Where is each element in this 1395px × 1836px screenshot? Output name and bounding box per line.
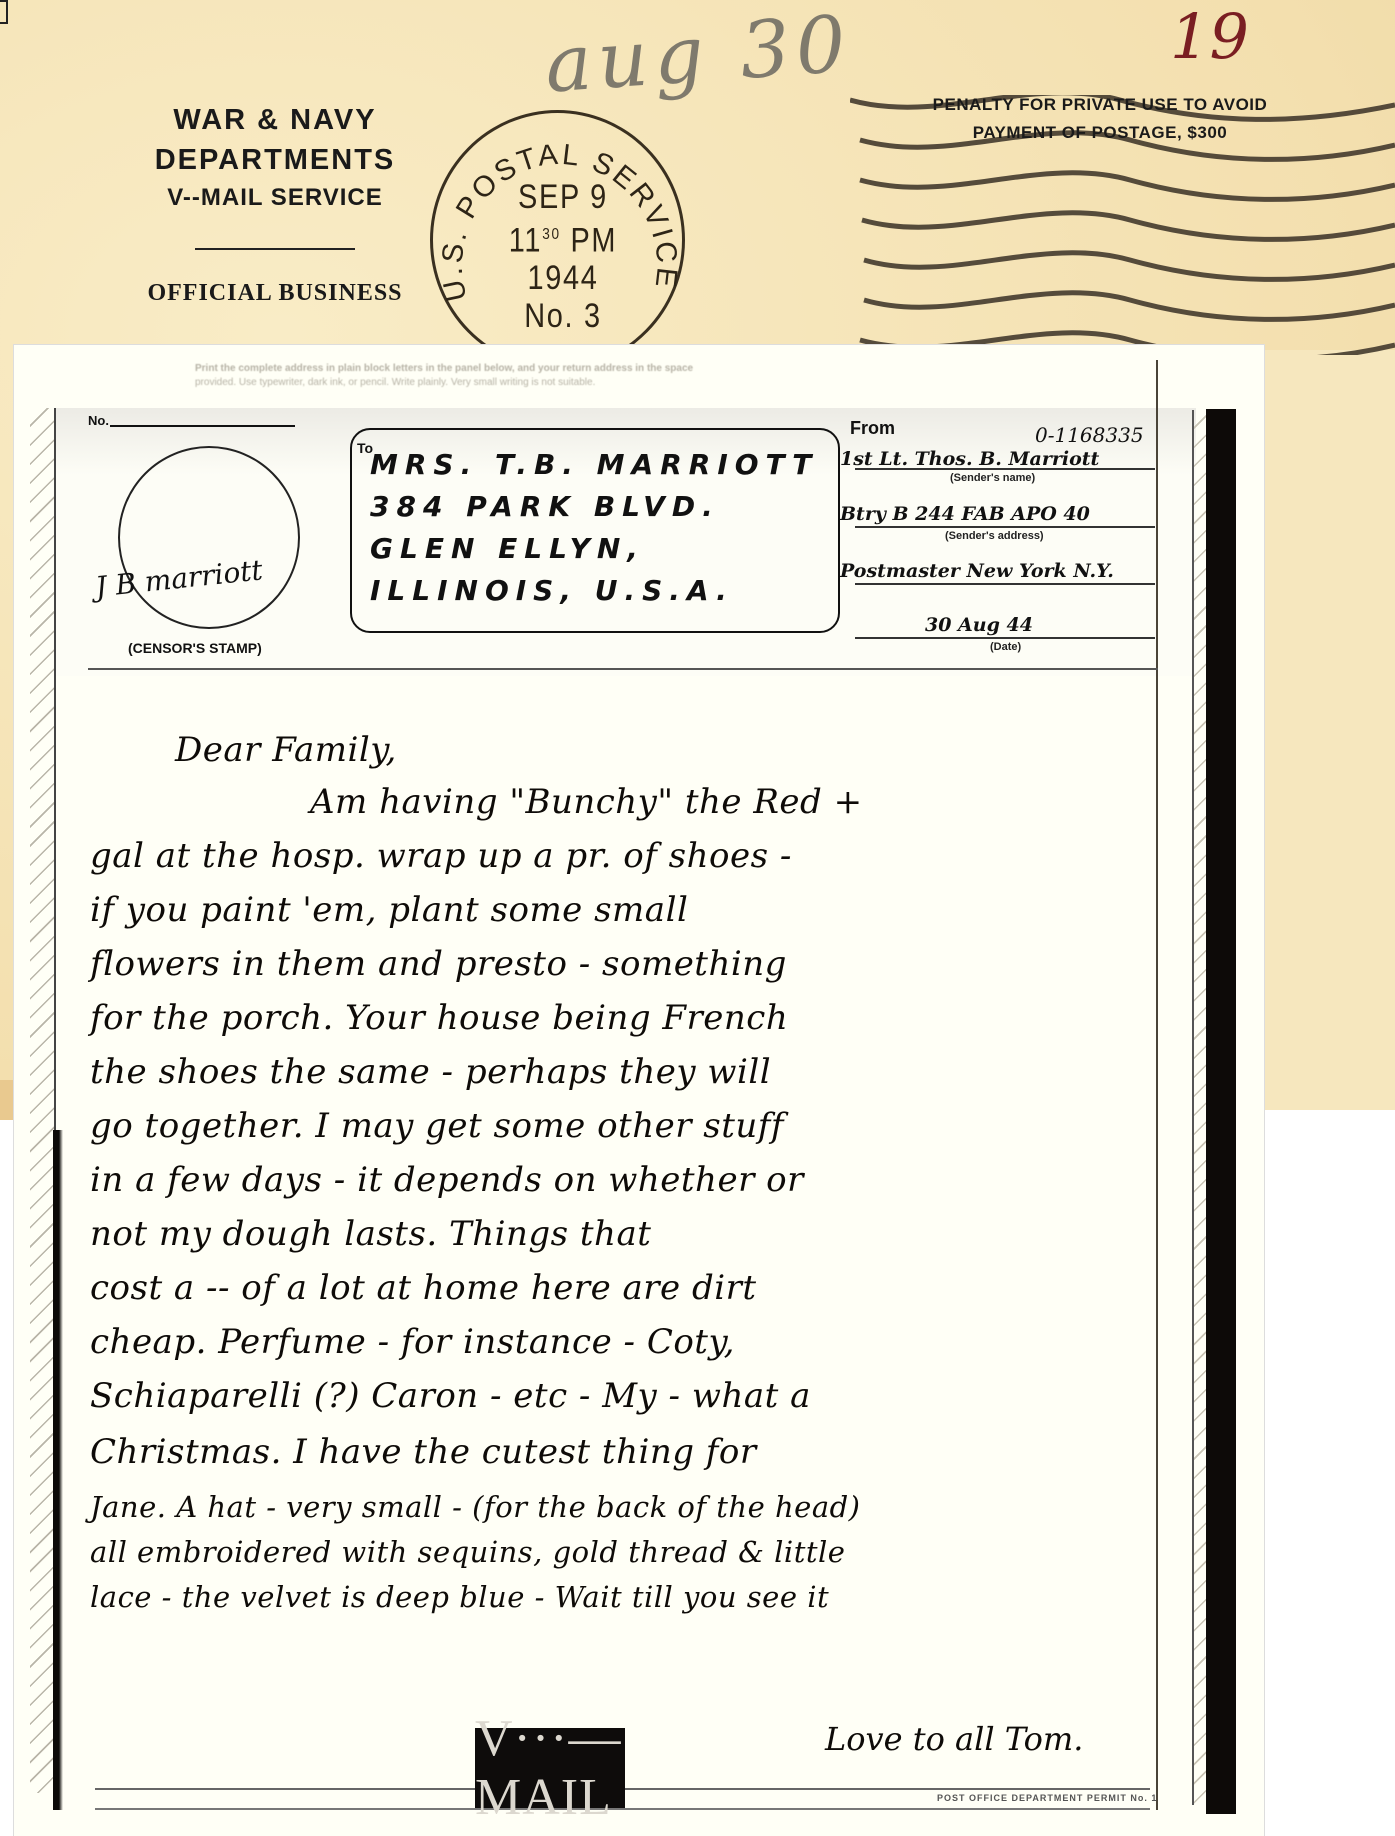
sender-name-caption: (Sender's name) xyxy=(950,472,1035,484)
censor-stamp-circle xyxy=(118,446,300,629)
recipient-street: 384 PARK BLVD. xyxy=(370,490,720,523)
letter-line: lace - the velvet is deep blue - Wait ti… xyxy=(90,1580,829,1614)
letter-line: Am having "Bunchy" the Red + xyxy=(310,782,863,822)
post-office-permit: POST OFFICE DEPARTMENT PERMIT No. 1 xyxy=(937,1793,1157,1803)
recipient-city: GLEN ELLYN, xyxy=(370,532,645,565)
penalty-notice: PENALTY FOR PRIVATE USE TO AVOID PAYMENT… xyxy=(840,95,1360,143)
sender-address2-rule xyxy=(855,583,1155,585)
censor-stamp-label: (CENSOR'S STAMP) xyxy=(128,640,262,656)
sender-name-rule xyxy=(855,468,1155,470)
penalty-line-1: PENALTY FOR PRIVATE USE TO AVOID xyxy=(840,95,1360,115)
postmark-time: 1130 PM xyxy=(499,216,627,259)
envelope-right-edge xyxy=(1260,350,1395,1110)
letter-line: Jane. A hat - very small - (for the back… xyxy=(90,1490,861,1524)
recipient-name: MRS. T.B. MARRIOTT xyxy=(370,448,818,481)
vmail-logo-badge: V···—MAIL xyxy=(475,1728,625,1808)
postmark-stamp: U.S. POSTAL SERVICE SEP 9 1130 PM 1944 N… xyxy=(430,110,685,370)
letter-line: gal at the hosp. wrap up a pr. of shoes … xyxy=(90,836,792,876)
return-address-block: WAR & NAVY DEPARTMENTS V--MAIL SERVICE O… xyxy=(110,100,440,307)
red-ink-number: 19 xyxy=(1170,0,1249,73)
divider-rule xyxy=(195,248,355,250)
sender-address-caption: (Sender's address) xyxy=(945,530,1044,542)
postmark-date: SEP 9 xyxy=(499,178,627,216)
letter-line: Schiaparelli (?) Caron - etc - My - what… xyxy=(90,1376,811,1416)
letter-line: flowers in them and presto - something xyxy=(90,944,787,984)
sender-address-line2: Postmaster New York N.Y. xyxy=(840,560,1114,582)
letter-salutation: Dear Family, xyxy=(175,730,397,770)
date-caption: (Date) xyxy=(990,641,1021,653)
left-dark-edge xyxy=(53,1130,63,1810)
sender-address: Btry B 244 FAB APO 40 xyxy=(840,503,1090,525)
postmark-station: No. 3 xyxy=(499,297,627,335)
letter-line: the shoes the same - perhaps they will xyxy=(90,1052,771,1092)
letter-line: in a few days - it depends on whether or xyxy=(90,1160,804,1200)
form-instructions: Print the complete address in plain bloc… xyxy=(100,362,800,390)
letter-signoff: Love to all Tom. xyxy=(825,1720,1083,1758)
letter-line: for the porch. Your house being French xyxy=(90,998,788,1038)
penalty-line-2: PAYMENT OF POSTAGE, $300 xyxy=(840,123,1360,143)
sender-address-rule xyxy=(855,526,1155,528)
right-black-bar xyxy=(1206,409,1236,1814)
postmark-year: 1944 xyxy=(499,259,627,297)
return-line-official-business: OFFICIAL BUSINESS xyxy=(110,280,440,307)
letter-line: if you paint 'em, plant some small xyxy=(90,890,688,930)
sender-serial-number: 0-1168335 xyxy=(1035,423,1144,447)
letter-line: Christmas. I have the cutest thing for xyxy=(90,1432,757,1472)
letter-line: go together. I may get some other stuff xyxy=(90,1106,784,1146)
letter-date: 30 Aug 44 xyxy=(925,614,1033,636)
date-rule xyxy=(855,637,1155,639)
letter-line: not my dough lasts. Things that xyxy=(90,1214,651,1254)
letter-line: cost a -- of a lot at home here are dirt xyxy=(90,1268,757,1308)
return-line-departments: DEPARTMENTS xyxy=(110,140,440,180)
number-label: No. xyxy=(88,413,109,428)
recipient-state-country: ILLINOIS, U.S.A. xyxy=(370,574,734,607)
return-line-vmail-service: V--MAIL SERVICE xyxy=(110,184,440,212)
header-bottom-rule xyxy=(88,668,1158,670)
corner-mark xyxy=(0,0,8,24)
sender-name: 1st Lt. Thos. B. Marriott xyxy=(840,448,1099,470)
return-line-war-navy: WAR & NAVY xyxy=(110,100,440,140)
right-margin-line xyxy=(1156,360,1158,1810)
letter-line: cheap. Perfume - for instance - Coty, xyxy=(90,1322,735,1362)
letter-line: all embroidered with sequins, gold threa… xyxy=(90,1535,845,1569)
envelope-left-edge xyxy=(0,1080,14,1120)
postmark-center: SEP 9 1130 PM 1944 No. 3 xyxy=(499,178,627,335)
number-field-line xyxy=(110,425,295,427)
from-label: From xyxy=(850,418,895,439)
